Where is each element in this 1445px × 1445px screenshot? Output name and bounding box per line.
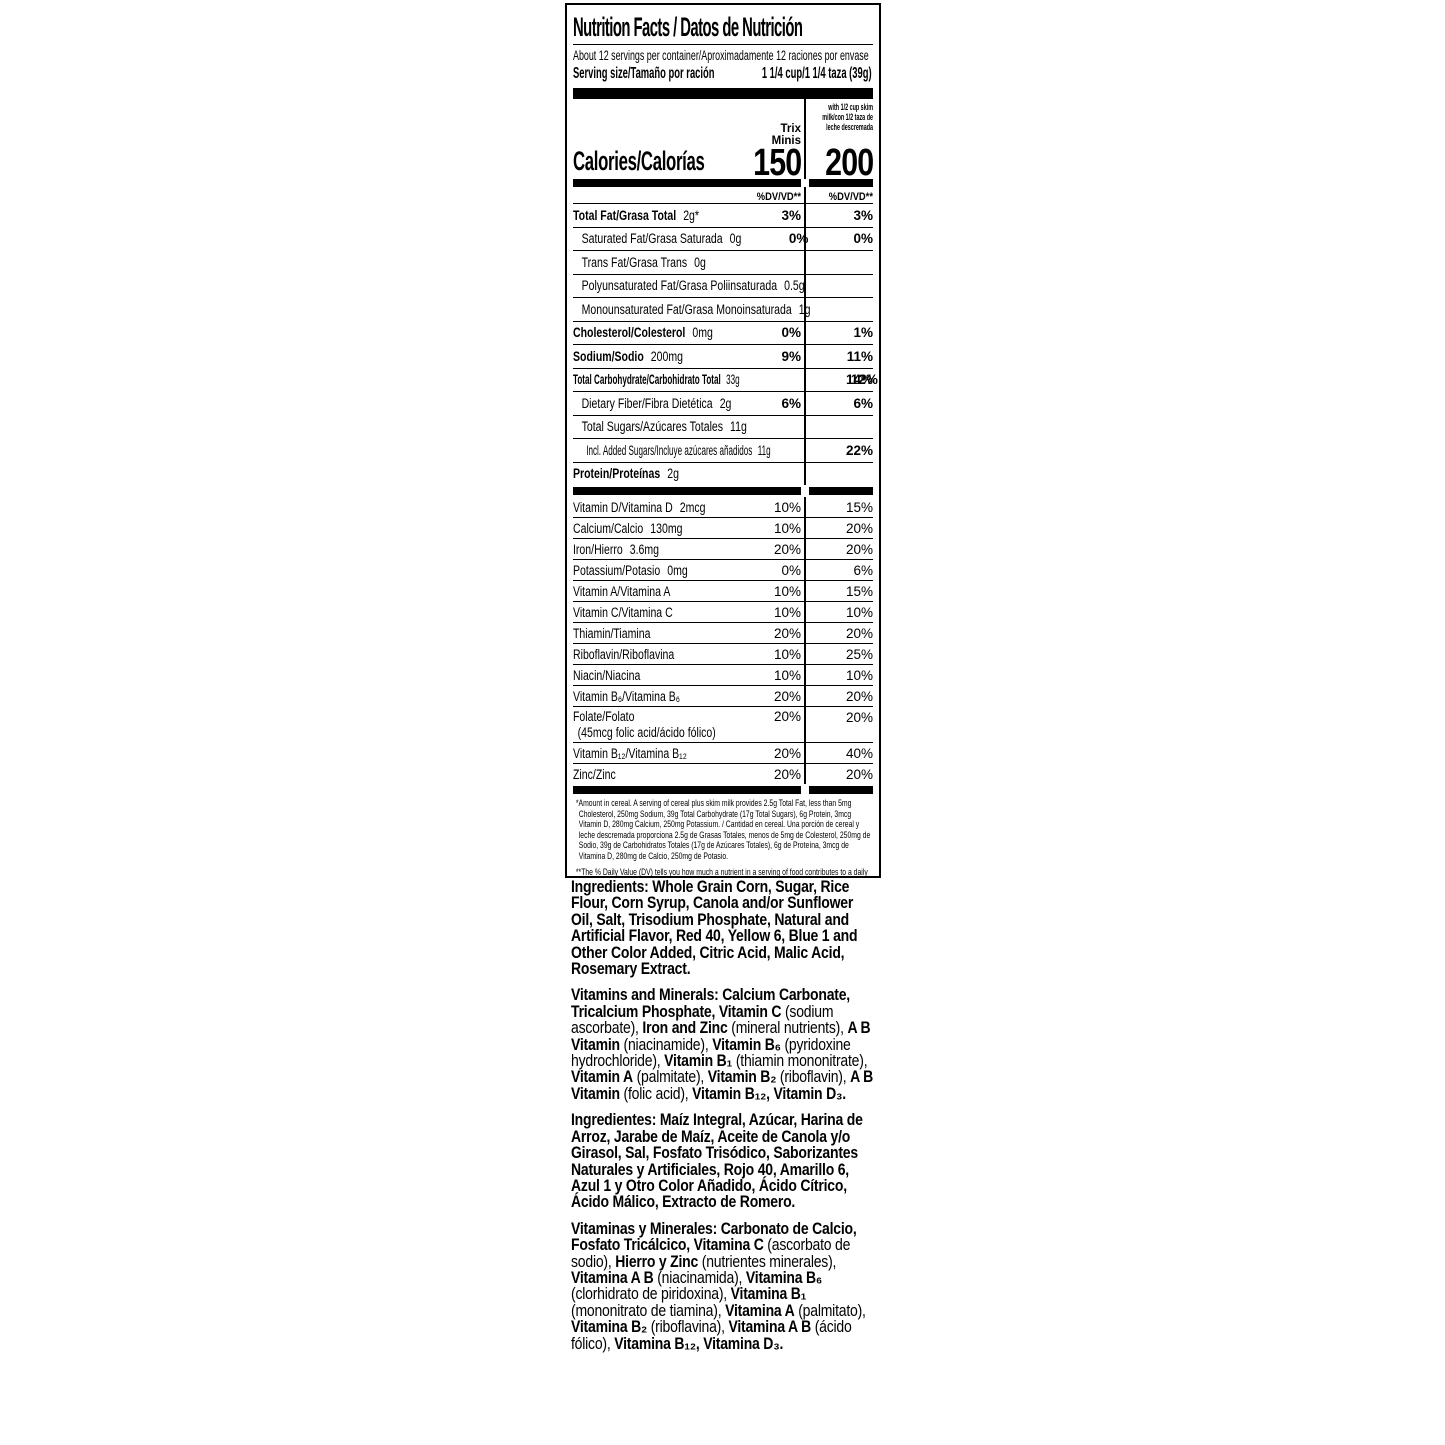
calories-label: Calories/Calorías <box>573 146 705 177</box>
panel-title: Nutrition Facts / Datos de Nutrición <box>573 12 738 42</box>
row-thiamin: Thiamin/Tiamina20% 20% <box>573 622 873 643</box>
row-zinc: Zinc/Zinc20% 20% <box>573 763 873 784</box>
row-cholesterol: Cholesterol/Colesterol0mg0% 1% <box>573 321 873 345</box>
row-vitamin-d: Vitamin D/Vitamina D2mcg10% 15% <box>573 497 873 517</box>
row-folate: Folate/Folato20% (45mcg folic acid/ácido… <box>573 706 873 742</box>
row-sodium: Sodium/Sodio200mg9% 11% <box>573 344 873 368</box>
dv-header-milk: %DV/VD** <box>829 191 873 203</box>
ingredients-es: Ingredientes: Maíz Integral, Azúcar, Har… <box>571 1112 874 1210</box>
vitamins-minerals-es: Vitaminas y Minerales: Carbonato de Calc… <box>571 1221 874 1352</box>
row-iron: Iron/Hierro3.6mg20% 20% <box>573 538 873 559</box>
row-potassium: Potassium/Potasio0mg0% 6% <box>573 559 873 580</box>
calories-value-cereal: 150 <box>753 146 801 180</box>
row-total-carbohydrate: Total Carbohydrate/Carbohidrato Total33g… <box>573 368 873 392</box>
row-monounsaturated-fat: Monounsaturated Fat/Grasa Monoinsaturada… <box>573 297 873 321</box>
ingredients-en: Ingredients: Whole Grain Corn, Sugar, Ri… <box>571 879 874 977</box>
ingredients-block: Ingredients: Whole Grain Corn, Sugar, Ri… <box>571 879 883 1362</box>
calories-section: Trix Minis Calories/Calorías 150 with 1/… <box>573 99 873 179</box>
serving-size-row: Serving size/Tamaño por ración1 1/4 cup/… <box>573 65 872 83</box>
row-saturated-fat: Saturated Fat/Grasa Saturada0g0% 0% <box>573 227 873 251</box>
nutrition-label-page: { "panel": { "title": "Nutrition Facts /… <box>0 0 1445 1445</box>
row-polyunsaturated-fat: Polyunsaturated Fat/Grasa Poliinsaturada… <box>573 274 873 298</box>
row-dietary-fiber: Dietary Fiber/Fibra Dietética2g6% 6% <box>573 391 873 415</box>
dv-header-row: %DV/VD** %DV/VD** <box>573 187 873 203</box>
row-total-fat: Total Fat/Grasa Total2g*3% 3% <box>573 203 873 227</box>
row-riboflavin: Riboflavin/Riboflavina10% 25% <box>573 643 873 664</box>
row-added-sugars: Incl. Added Sugars/Incluye azúcares añad… <box>573 438 873 462</box>
nutrition-facts-panel: Nutrition Facts / Datos de Nutrición Abo… <box>565 3 881 878</box>
protein-underline-bars <box>573 487 873 495</box>
row-vitamin-a: Vitamin A/Vitamina A10% 15% <box>573 580 873 601</box>
footnote-amount-in-cereal: *Amount in cereal. A serving of cereal p… <box>573 799 875 863</box>
row-total-sugars: Total Sugars/Azúcares Totales11g <box>573 415 873 439</box>
two-column-table: Trix Minis Calories/Calorías 150 with 1/… <box>573 99 873 794</box>
dv-header-cereal: %DV/VD** <box>757 191 801 203</box>
row-calcium: Calcium/Calcio130mg10% 20% <box>573 517 873 538</box>
row-protein: Protein/Proteínas2g <box>573 462 873 486</box>
row-vitamin-b12: Vitamin B₁₂/Vitamina B₁₂20% 40% <box>573 742 873 763</box>
folate-note: (45mcg folic acid/ácido fólico) <box>573 725 751 740</box>
title-divider <box>573 44 873 45</box>
servings-per-container: About 12 servings per container/Aproxima… <box>573 48 873 63</box>
row-trans-fat: Trans Fat/Grasa Trans0g <box>573 250 873 274</box>
serving-size-label: Serving size/Tamaño por ración <box>573 65 715 83</box>
vitamins-minerals-en: Vitamins and Minerals: Calcium Carbonate… <box>571 987 874 1102</box>
calories-value-milk: 200 <box>825 146 873 180</box>
row-vitamin-b6: Vitamin B₆/Vitamina B₆20% 20% <box>573 685 873 706</box>
row-niacin: Niacin/Niacina10% 10% <box>573 664 873 685</box>
thick-bar-top <box>573 88 873 99</box>
column-header-milk: with 1/2 cup skim milk/con 1/2 taza de l… <box>808 102 873 132</box>
row-vitamin-c: Vitamin C/Vitamina C10% 10% <box>573 601 873 622</box>
bottom-thick-bars <box>573 786 873 794</box>
serving-size-value: 1 1/4 cup/1 1/4 taza (39g) <box>762 65 872 83</box>
